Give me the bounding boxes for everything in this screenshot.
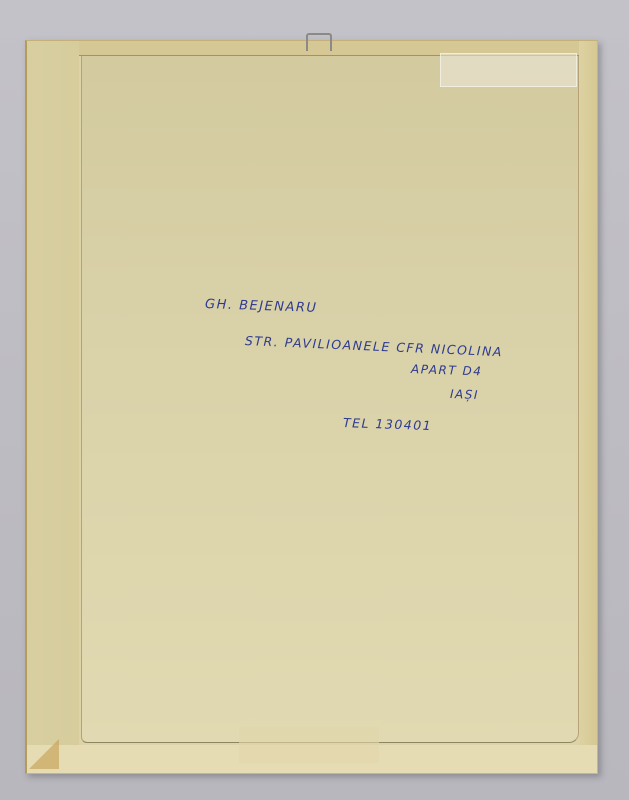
- handwritten-city: IAȘI: [450, 387, 479, 402]
- handwritten-apartment: APART D4: [411, 362, 483, 378]
- tape-strip-bottom: [239, 727, 379, 763]
- picture-board-back: [25, 40, 598, 774]
- hanging-hook-icon: [306, 33, 332, 51]
- inner-backing-panel: [81, 56, 579, 743]
- handwritten-phone: TEL 130401: [343, 415, 433, 433]
- tape-strip-top: [440, 53, 577, 87]
- frame-right-edge: [579, 41, 597, 773]
- frame-left-edge: [27, 41, 79, 773]
- frame-corner-stain: [29, 739, 59, 769]
